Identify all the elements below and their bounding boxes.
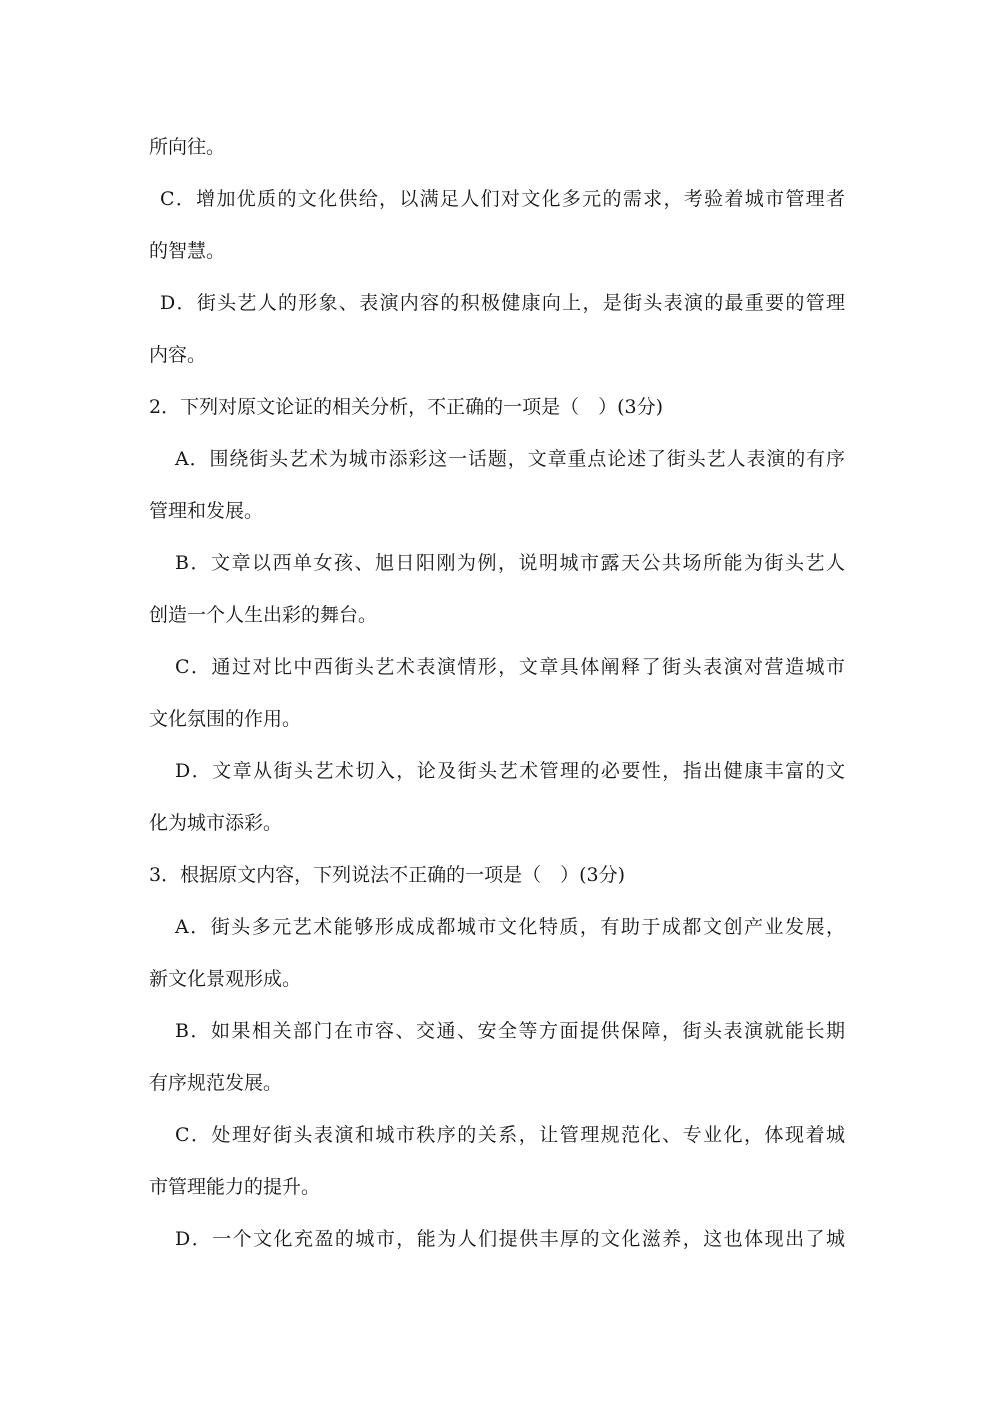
option-2d-line-1: D．文章从街头艺术切入，论及街头艺术管理的必要性，指出健康丰富的文 <box>149 745 845 797</box>
option-3d-line-1: D．一个文化充盈的城市，能为人们提供丰厚的文化滋养，这也体现出了城 <box>149 1213 845 1265</box>
option-1c-line-2: 的智慧。 <box>149 225 845 277</box>
question-2-stem: 2．下列对原文论证的相关分析，不正确的一项是（ ）(3分) <box>149 381 845 433</box>
option-2a-line-1: A．围绕街头艺术为城市添彩这一话题，文章重点论述了街头艺人表演的有序 <box>149 433 845 485</box>
option-2d-line-2: 化为城市添彩。 <box>149 797 845 849</box>
option-3a-line-2: 新文化景观形成。 <box>149 953 845 1005</box>
option-3b-line-2: 有序规范发展。 <box>149 1057 845 1109</box>
option-2c-line-1: C．通过对比中西街头艺术表演情形，文章具体阐释了街头表演对营造城市 <box>149 641 845 693</box>
option-3a-line-1: A．街头多元艺术能够形成成都城市文化特质，有助于成都文创产业发展， <box>149 901 845 953</box>
continuation-line-prev-option: 所向往。 <box>149 121 845 173</box>
option-2b-line-1: B．文章以西单女孩、旭日阳刚为例，说明城市露天公共场所能为街头艺人 <box>149 537 845 589</box>
question-3-stem: 3．根据原文内容，下列说法不正确的一项是（ ）(3分) <box>149 849 845 901</box>
option-3b-line-1: B．如果相关部门在市容、交通、安全等方面提供保障，街头表演就能长期 <box>149 1005 845 1057</box>
option-1c-line-1: C．增加优质的文化供给，以满足人们对文化多元的需求，考验着城市管理者 <box>149 173 845 225</box>
option-1d-line-1: D．街头艺人的形象、表演内容的积极健康向上，是街头表演的最重要的管理 <box>149 277 845 329</box>
option-2b-line-2: 创造一个人生出彩的舞台。 <box>149 589 845 641</box>
option-2c-line-2: 文化氛围的作用。 <box>149 693 845 745</box>
option-2a-line-2: 管理和发展。 <box>149 485 845 537</box>
option-3c-line-2: 市管理能力的提升。 <box>149 1161 845 1213</box>
document-page: 所向往。 C．增加优质的文化供给，以满足人们对文化多元的需求，考验着城市管理者 … <box>0 0 992 1403</box>
option-1d-line-2: 内容。 <box>149 329 845 381</box>
option-3c-line-1: C．处理好街头表演和城市秩序的关系，让管理规范化、专业化，体现着城 <box>149 1109 845 1161</box>
